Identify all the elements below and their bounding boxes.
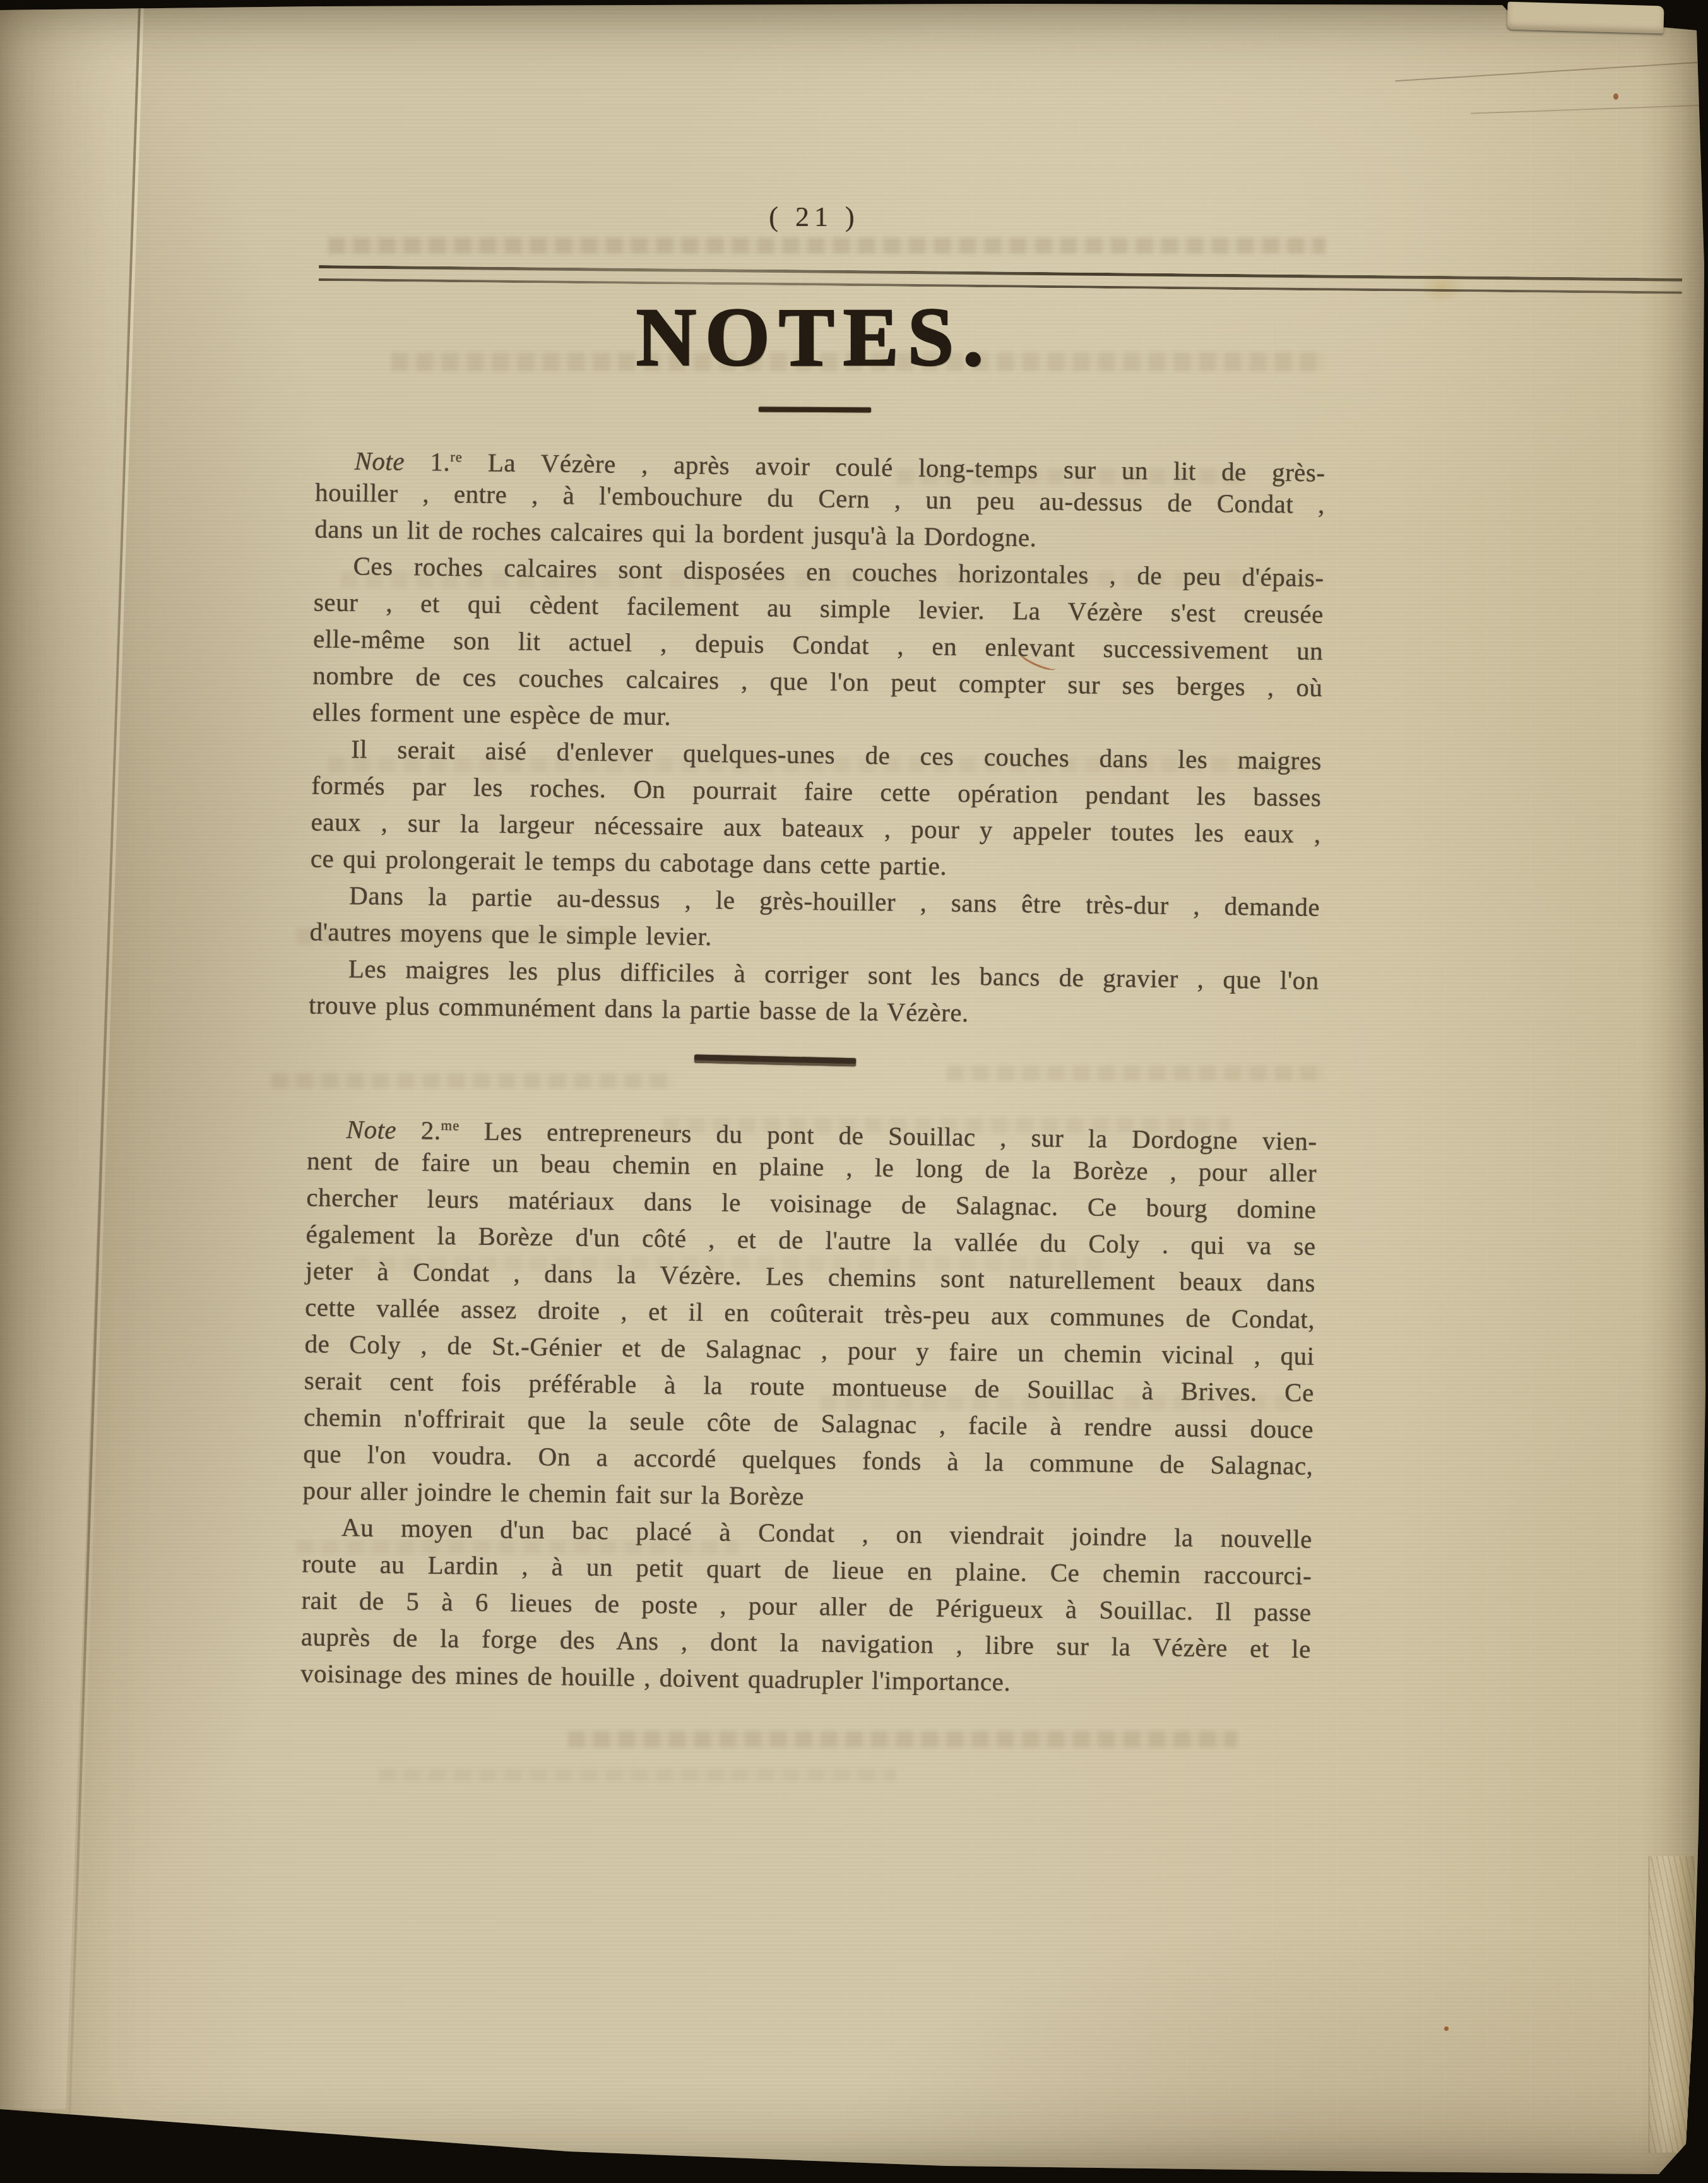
note-label: 2. bbox=[396, 1115, 441, 1145]
note-number-superscript: me bbox=[441, 1117, 460, 1133]
note-1: Note 1.re La Vézère , après avoir coulé … bbox=[309, 437, 1325, 1035]
paragraph: Ces roches calcaires sont disposées en c… bbox=[312, 547, 1324, 742]
corner-crease bbox=[1395, 61, 1708, 82]
paragraph: Au moyen d'un bac placé à Condat , on vi… bbox=[300, 1508, 1312, 1704]
note-label: Note bbox=[346, 1115, 396, 1145]
bleed-through bbox=[328, 237, 1325, 254]
paragraph: Note 1.re La Vézère , après avoir coulé … bbox=[314, 437, 1325, 559]
stain-spot bbox=[1613, 93, 1618, 100]
note-label: 1. bbox=[405, 447, 451, 477]
note-label: Note bbox=[354, 446, 405, 476]
note-2: Note 2.me Les entrepreneurs du pont de S… bbox=[300, 1105, 1317, 1703]
section-divider bbox=[694, 1055, 856, 1067]
notes-body: Note 1.re La Vézère , après avoir coulé … bbox=[300, 437, 1325, 1703]
torn-corner-flap bbox=[1507, 2, 1664, 34]
header-double-rule bbox=[319, 265, 1682, 294]
page-edges-stack bbox=[1649, 1856, 1695, 2153]
paragraph: Dans la partie au-dessus , le grès-houil… bbox=[309, 876, 1320, 962]
bleed-through bbox=[568, 1731, 1237, 1747]
stain-spot bbox=[1444, 2026, 1449, 2031]
bleed-through bbox=[379, 1769, 896, 1781]
title-divider bbox=[759, 407, 871, 412]
paragraph: Il serait aisé d'enlever quelques-unes d… bbox=[311, 730, 1322, 889]
note-number-superscript: re bbox=[450, 449, 463, 465]
page-title: NOTES. bbox=[0, 295, 1628, 379]
scanned-book-page: { "colors": { "paper": "#cfc3a2", "paper… bbox=[0, 0, 1708, 2183]
page-number: ( 21 ) bbox=[682, 201, 947, 233]
corner-crease bbox=[1471, 104, 1708, 114]
paragraph: Note 2.me Les entrepreneurs du pont de S… bbox=[302, 1105, 1317, 1520]
paper-sheet: ( 21 ) NOTES. Note 1.re La Vézère , aprè… bbox=[0, 0, 1708, 2183]
paragraph: Les maigres les plus difficiles à corrig… bbox=[309, 949, 1319, 1035]
